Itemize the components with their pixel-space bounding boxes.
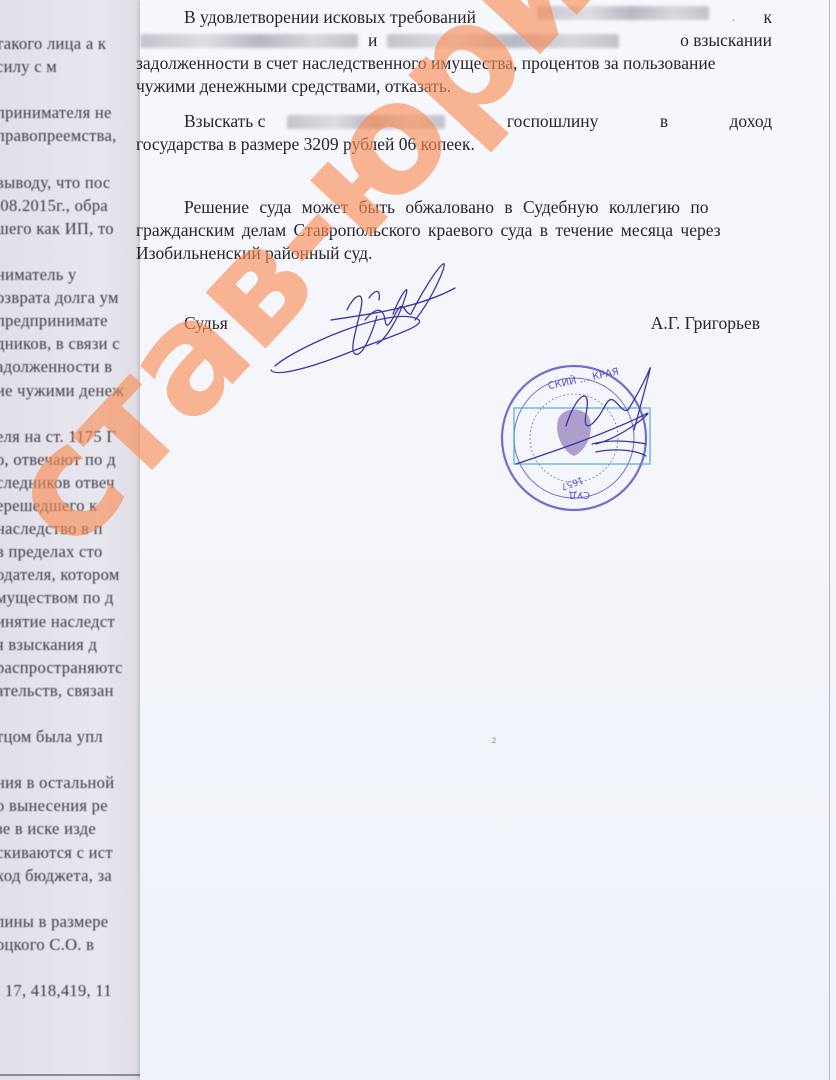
judge-signature-icon — [265, 258, 505, 382]
previous-page-text-line: правопреемства, — [0, 126, 117, 146]
previous-page-text-line: адолженности в — [0, 357, 112, 377]
redacted-name — [387, 34, 619, 48]
previous-page-text-line: ния в остальной — [0, 773, 114, 793]
previous-page-text-line: предпринимате — [0, 311, 108, 331]
previous-page-text-line: в пределах сто — [0, 542, 103, 562]
text-line: задолженности в счет наследственного иму… — [136, 52, 772, 75]
text-fragment: и — [368, 29, 377, 52]
previous-page-text-line: . 17, 418,419, 11 — [0, 981, 112, 1001]
paragraph-appeal: Решение суда может быть обжаловано в Суд… — [140, 196, 772, 265]
previous-page-text-line: распространяютс — [0, 658, 123, 678]
previous-page-text-line: ерешедшего к — [0, 496, 97, 516]
redacted-name — [140, 34, 358, 48]
stamp-number: 1657 — [559, 474, 584, 491]
judge-label: Судья — [184, 313, 228, 334]
redacted-name — [287, 115, 445, 129]
text-fragment: доход — [730, 110, 772, 133]
court-decision-page: · В удовлетворении исковых требований к … — [140, 0, 836, 1080]
text-fragment: Взыскать с — [184, 110, 265, 133]
previous-page-text-line: муществом по д — [0, 588, 114, 608]
previous-page-text-line: шего как ИП, то — [0, 219, 114, 239]
text-fragment: о взыскании — [680, 29, 772, 52]
previous-page-text-line: дников, в связи с — [0, 334, 120, 354]
previous-page-text-line: одателя, котором — [0, 565, 120, 585]
previous-page-text-line: еля на ст. 1175 Г — [0, 427, 116, 447]
page-number: 2 — [492, 736, 496, 745]
previous-page-text-line: выводу, что пос — [0, 173, 111, 193]
previous-page-text-line: силу с м — [0, 57, 57, 77]
previous-page-text-line: такого лица а к — [0, 34, 106, 54]
previous-page-text-line: .08.2015г., обра — [0, 196, 108, 216]
paragraph-dismissal: В удовлетворении исковых требований к и … — [140, 0, 772, 98]
previous-page-text-line: ательств, связан — [0, 681, 114, 701]
redacted-name — [537, 6, 709, 20]
text-fragment: в — [660, 110, 668, 133]
previous-page-text-line: скиваются с ист — [0, 843, 113, 863]
previous-page-text-line: следников отвеч — [0, 473, 115, 493]
text-line: гражданским делам Ставропольского краево… — [136, 219, 772, 242]
judge-name: А.Г. Григорьев — [651, 313, 760, 334]
text-line: государства в размере 3209 рублей 06 коп… — [136, 133, 772, 156]
previous-page-text-line: зе в иске изде — [0, 819, 96, 839]
previous-page-text-line: оцкого С.О. в — [0, 935, 94, 955]
previous-page-strip: такого лица а к силу с мпринимателя непр… — [0, 0, 142, 1080]
stamp-bottom-text: СУД — [569, 489, 590, 500]
previous-page-text-line: тцом была упл — [0, 727, 103, 747]
paragraph-state-duty: Взыскать с госпошлину в доход государств… — [140, 110, 772, 156]
previous-page-text-line: о вынесения ре — [0, 796, 108, 816]
previous-page-text-line: о, отвечают по д — [0, 450, 116, 470]
page-edge — [0, 1074, 142, 1076]
previous-page-text-line: принимателя не — [0, 103, 112, 123]
text-line: Решение суда может быть обжаловано в Суд… — [140, 196, 772, 219]
text-line: чужими денежными средствами, отказать. — [136, 75, 772, 98]
previous-page-text-line: лины в размере — [0, 912, 108, 932]
previous-page-text-line: озврата долга ум — [0, 288, 119, 308]
previous-page-text-line: ие чужими денеж — [0, 381, 124, 401]
text-fragment: В удовлетворении исковых требований — [184, 6, 476, 29]
previous-page-text-line: инятие наследст — [0, 612, 115, 632]
previous-page-text-line: ход бюджета, за — [0, 866, 112, 886]
previous-page-text-line: наследство в п — [0, 519, 103, 539]
text-fragment: к — [763, 6, 772, 29]
court-stamp-icon: СКИЙ … КРАЯ СУД 1657 — [496, 344, 652, 518]
previous-page-text-line: я взыскания д — [0, 635, 97, 655]
text-fragment: госпошлину — [507, 110, 599, 133]
previous-page-text-line: ниматель у — [0, 265, 77, 285]
